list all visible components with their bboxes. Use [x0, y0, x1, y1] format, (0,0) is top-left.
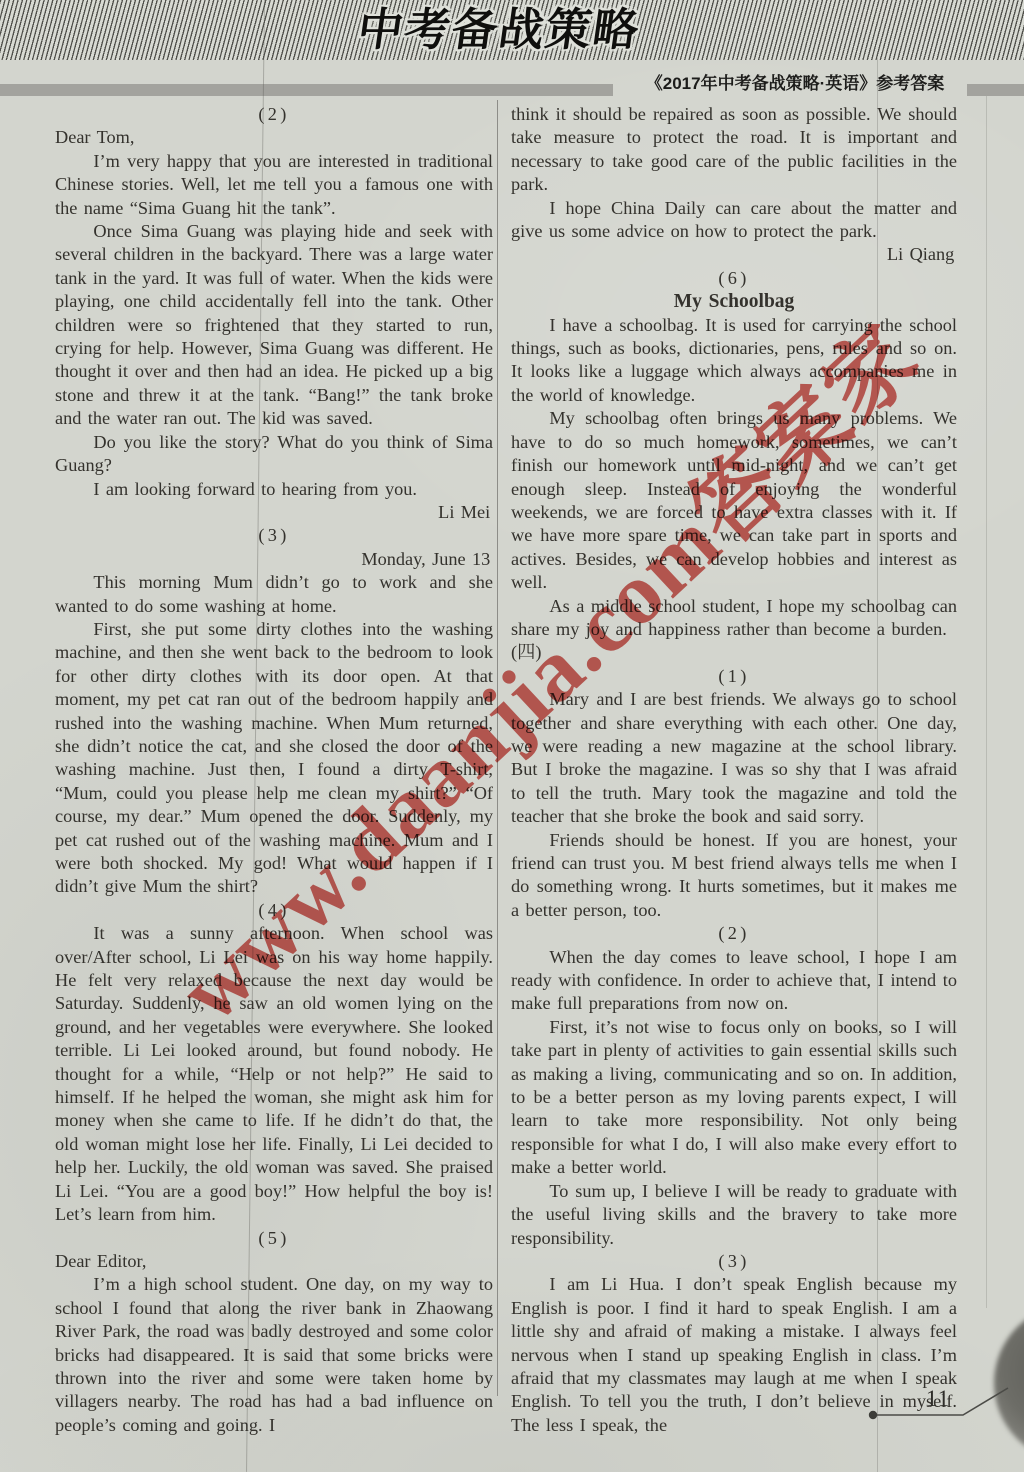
text-block-left-9: This morning Mum didn’t go to work and s… [55, 571, 493, 618]
text-block-right-0: think it should be repaired as soon as p… [511, 103, 957, 197]
page-margin-line-right [986, 96, 987, 1308]
text-block-left-11: (4) [55, 899, 493, 922]
text-block-left-4: Do you like the story? What do you think… [55, 431, 493, 478]
text-block-left-14: Dear Editor, [55, 1250, 493, 1273]
text-block-right-1: I hope China Daily can care about the ma… [511, 197, 957, 244]
text-block-left-5: I am looking forward to hearing from you… [55, 478, 493, 501]
text-block-right-14: First, it’s not wise to focus only on bo… [511, 1016, 957, 1180]
text-block-right-5: I have a schoolbag. It is used for carry… [511, 314, 957, 408]
text-block-left-1: Dear Tom, [55, 126, 493, 149]
answer-key-subtitle: 《2017年中考备战策略·英语》参考答案 [628, 71, 962, 97]
text-block-right-3: (6) [511, 267, 957, 290]
text-block-right-13: When the day comes to leave school, I ho… [511, 946, 957, 1016]
column-divider-line [497, 100, 498, 1396]
text-block-right-4: My Schoolbag [511, 290, 957, 313]
text-block-left-8: Monday, June 13 [55, 548, 493, 571]
text-block-right-7: As a middle school student, I hope my sc… [511, 595, 957, 642]
text-block-right-16: (3) [511, 1250, 957, 1273]
text-block-left-12: It was a sunny afternoon. When school wa… [55, 922, 493, 1226]
right-column: think it should be repaired as soon as p… [511, 103, 957, 1437]
header-rule-right [967, 84, 1024, 96]
text-block-right-6: My schoolbag often brings us many proble… [511, 407, 957, 594]
text-block-right-11: Friends should be honest. If you are hon… [511, 829, 957, 923]
text-block-left-10: First, she put some dirty clothes into t… [55, 618, 493, 899]
text-block-left-0: (2) [55, 103, 493, 126]
text-block-left-13: (5) [55, 1227, 493, 1250]
text-block-left-7: (3) [55, 524, 493, 547]
book-banner-title: 中考备战策略 [354, 1, 630, 59]
text-block-left-2: I’m very happy that you are interested i… [55, 150, 493, 220]
text-block-right-10: Mary and I are best friends. We always g… [511, 688, 957, 828]
text-block-left-6: Li Mei [55, 501, 493, 524]
text-block-right-15: To sum up, I believe I will be ready to … [511, 1180, 957, 1250]
text-block-left-15: I’m a high school student. One day, on m… [55, 1273, 493, 1437]
left-column: (2)Dear Tom,I’m very happy that you are … [55, 103, 493, 1437]
text-block-right-8: (四) [511, 641, 957, 664]
page-number: 11 [917, 1386, 959, 1412]
text-block-right-12: (2) [511, 922, 957, 945]
text-block-left-3: Once Sima Guang was playing hide and see… [55, 220, 493, 431]
header-rule-left [0, 84, 613, 96]
text-block-right-9: (1) [511, 665, 957, 688]
text-block-right-2: Li Qiang [511, 243, 957, 266]
